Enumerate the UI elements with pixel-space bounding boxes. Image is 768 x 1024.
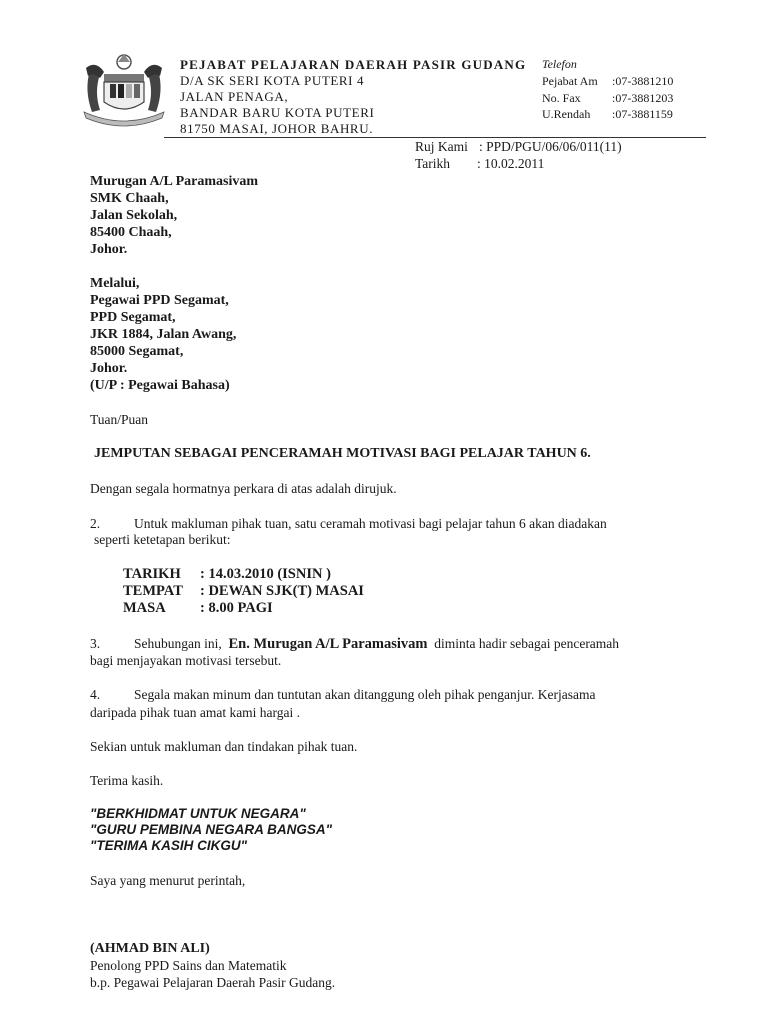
header-divider — [164, 137, 706, 138]
letter-subject: JEMPUTAN SEBAGAI PENCERAMAH MOTIVASI BAG… — [94, 446, 591, 462]
recipient-line: SMK Chaah, — [90, 191, 169, 207]
signatory-on-behalf: b.p. Pegawai Pelajaran Daerah Pasir Guda… — [90, 975, 335, 991]
recipient-line: 85400 Chaah, — [90, 225, 172, 241]
via-line: Melalui, — [90, 276, 139, 292]
via-line: Pegawai PPD Segamat, — [90, 293, 229, 309]
organization-name: PEJABAT PELAJARAN DAERAH PASIR GUDANG — [180, 57, 526, 73]
coat-of-arms-icon — [78, 50, 170, 130]
paragraph-number: 2. — [90, 516, 100, 532]
signatory-title: Penolong PPD Sains dan Matematik — [90, 958, 287, 974]
paragraph-number: 4. — [90, 687, 100, 703]
paragraph-2-line: Untuk makluman pihak tuan, satu ceramah … — [134, 516, 607, 532]
fax-label: No. Fax — [542, 91, 581, 106]
address-line: JALAN PENAGA, — [180, 89, 288, 105]
phone-label: U.Rendah — [542, 107, 590, 122]
signoff: Saya yang menurut perintah, — [90, 873, 245, 889]
via-line: PPD Segamat, — [90, 310, 176, 326]
recipient-line: Jalan Sekolah, — [90, 208, 177, 224]
reference-label: Ruj Kami — [415, 139, 468, 155]
fax-value: :07-3881203 — [612, 91, 673, 106]
paragraph-2-line: seperti ketetapan berikut: — [94, 532, 230, 548]
via-line: Johor. — [90, 361, 127, 377]
address-line: BANDAR BARU KOTA PUTERI — [180, 105, 374, 121]
paragraph-1: Dengan segala hormatnya perkara di atas … — [90, 481, 397, 497]
paragraph-3-line: bagi menjayakan motivasi tersebut. — [90, 653, 281, 669]
motto-line: "BERKHIDMAT UNTUK NEGARA" — [90, 806, 306, 821]
detail-value: : DEWAN SJK(T) MASAI — [200, 583, 364, 600]
motto-line: "GURU PEMBINA NEGARA BANGSA" — [90, 822, 332, 837]
invitee-name: En. Murugan A/L Paramasivam — [229, 636, 428, 652]
paragraph-3-line: Sehubungan ini, En. Murugan A/L Paramasi… — [134, 636, 619, 653]
telefon-heading: Telefon — [542, 57, 577, 72]
recipient-line: Murugan A/L Paramasivam — [90, 174, 258, 190]
via-line: 85000 Segamat, — [90, 344, 183, 360]
detail-label: MASA — [123, 600, 166, 617]
reference-value: : PPD/PGU/06/06/011(11) — [479, 139, 622, 155]
recipient-line: Johor. — [90, 242, 127, 258]
address-line: D/A SK SERI KOTA PUTERI 4 — [180, 73, 364, 89]
phone-label: Pejabat Am — [542, 74, 598, 89]
phone-value: :07-3881159 — [612, 107, 673, 122]
detail-value: : 14.03.2010 (ISNIN ) — [200, 566, 331, 583]
motto-line: "TERIMA KASIH CIKGU" — [90, 838, 247, 853]
salutation: Tuan/Puan — [90, 412, 148, 428]
paragraph-3-text: Sehubungan ini, — [134, 636, 222, 651]
signatory-name: (AHMAD BIN ALI) — [90, 941, 210, 957]
date-label: Tarikh — [415, 156, 450, 172]
thanks-text: Terima kasih. — [90, 773, 163, 789]
detail-label: TARIKH — [123, 566, 181, 583]
detail-label: TEMPAT — [123, 583, 183, 600]
phone-value: :07-3881210 — [612, 74, 673, 89]
closing-text: Sekian untuk makluman dan tindakan pihak… — [90, 739, 357, 755]
paragraph-4-line: daripada pihak tuan amat kami hargai . — [90, 705, 300, 721]
via-line: JKR 1884, Jalan Awang, — [90, 327, 236, 343]
paragraph-4-line: Segala makan minum dan tuntutan akan dit… — [134, 687, 596, 703]
detail-value: : 8.00 PAGI — [200, 600, 273, 617]
paragraph-number: 3. — [90, 636, 100, 652]
via-line: (U/P : Pegawai Bahasa) — [90, 378, 230, 394]
address-line: 81750 MASAI, JOHOR BAHRU. — [180, 121, 373, 137]
date-value: : 10.02.2011 — [477, 156, 544, 172]
paragraph-3-text: diminta hadir sebagai penceramah — [434, 636, 619, 651]
